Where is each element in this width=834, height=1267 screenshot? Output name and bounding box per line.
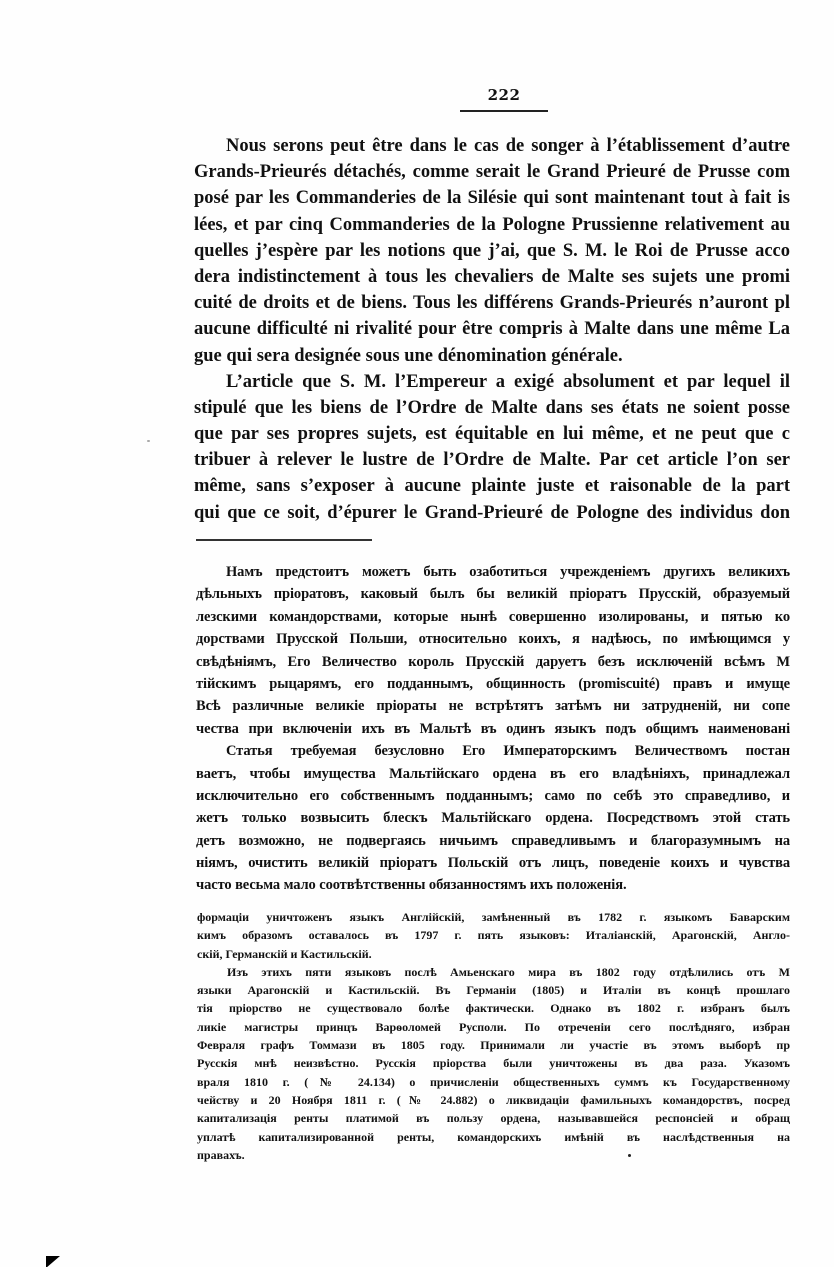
russian-line: жетъ только возвысить блескъ Мальтійскаг…	[196, 807, 790, 829]
french-text-block: Nous serons peut être dans le cas de son…	[194, 133, 790, 526]
french-line: tribuer à relever le lustre de l’Ordre d…	[194, 447, 790, 473]
french-line: Nous serons peut être dans le cas de son…	[194, 133, 790, 159]
russian-line: часто весьма мало соотвѣтственны обязанн…	[196, 874, 790, 896]
french-line: dera indistinctement à tous les chevalie…	[194, 264, 790, 290]
page-number-rule	[460, 110, 548, 112]
french-line: qui que ce soit, d’épurer le Grand-Prieu…	[194, 500, 790, 526]
page-number: 222	[460, 86, 548, 104]
scan-dot	[628, 1154, 631, 1157]
footnote-line: уплатѣ капитализированной ренты, командо…	[197, 1128, 790, 1146]
footnote-line: правахъ.	[197, 1146, 790, 1164]
footnote-block: формаціи уничтоженъ языкъ Англійскій, за…	[197, 908, 790, 1164]
russian-line: тійскимъ рыцарямъ, его подданнымъ, общин…	[196, 673, 790, 695]
scan-speck	[147, 440, 150, 442]
russian-line: Статья требуемая безусловно Его Императо…	[196, 740, 790, 762]
footnote-line: враля 1810 г. (№ 24.134) о причисленіи о…	[197, 1073, 790, 1091]
section-divider-rule	[196, 539, 372, 541]
french-line: aucune difficulté ni rivalité pour être …	[194, 316, 790, 342]
french-line: quelles j’espère par les notions que j’a…	[194, 238, 790, 264]
footnote-line: формаціи уничтоженъ языкъ Англійскій, за…	[197, 908, 790, 926]
russian-line: ніямъ, очистить великій пріоратъ Польскі…	[196, 852, 790, 874]
french-line: cuité de droits et de biens. Tous les di…	[194, 290, 790, 316]
footnote-line: кимъ образомъ оставалось въ 1797 г. пять…	[197, 926, 790, 944]
french-line: que par ses propres sujets, est équitabl…	[194, 421, 790, 447]
french-line: posé par les Commanderies de la Silésie …	[194, 185, 790, 211]
russian-line: свѣдѣніямъ, Его Величество король Прусск…	[196, 651, 790, 673]
russian-line: ваетъ, чтобы имущества Мальтійскаго орде…	[196, 763, 790, 785]
french-line: stipulé que les biens de l’Ordre de Malt…	[194, 395, 790, 421]
russian-line: дѣльныхъ пріоратовъ, каковый былъ бы вел…	[196, 583, 790, 605]
russian-line: дорствами Прусской Польши, относительно …	[196, 628, 790, 650]
french-line: Grands-Prieurés détachés, comme serait l…	[194, 159, 790, 185]
scanned-book-page: 222 Nous serons peut être dans le cas de…	[0, 0, 834, 1267]
russian-text-block: Намъ предстоитъ можетъ быть озаботиться …	[196, 561, 790, 897]
scan-corner-mark	[46, 1256, 60, 1267]
french-line: lées, et par cinq Commanderies de la Pol…	[194, 212, 790, 238]
russian-line: детъ возможно, не подвергаясь ничьимъ сп…	[196, 830, 790, 852]
russian-line: Намъ предстоитъ можетъ быть озаботиться …	[196, 561, 790, 583]
footnote-line: Февраля графъ Томмази въ 1805 году. Прин…	[197, 1036, 790, 1054]
french-line: L’article que S. M. l’Empereur a exigé a…	[194, 369, 790, 395]
footnote-line: чейству и 20 Ноября 1811 г. (№ 24.882) о…	[197, 1091, 790, 1109]
footnote-line: тія пріорство не существовало болѣе факт…	[197, 999, 790, 1017]
french-line: même, sans s’exposer à aucune plainte ju…	[194, 473, 790, 499]
footnote-line: Русскія мнѣ неизвѣстно. Русскія пріорств…	[197, 1054, 790, 1072]
russian-line: исключительно его собственнымъ подданным…	[196, 785, 790, 807]
french-line: gue qui sera designée sous une dénominat…	[194, 343, 790, 369]
russian-line: лезскими командорствами, которые нынѣ со…	[196, 606, 790, 628]
footnote-line: Изъ этихъ пяти языковъ послѣ Амьенскаго …	[197, 963, 790, 981]
footnote-line: ликіе магистры принцъ Варѳоломей Русполи…	[197, 1018, 790, 1036]
footnote-line: капитализація ренты платимой въ пользу о…	[197, 1109, 790, 1127]
footnote-line: языки Арагонскій и Кастильскій. Въ Герма…	[197, 981, 790, 999]
footnote-line: скій, Германскій и Кастильскій.	[197, 945, 790, 963]
russian-line: Всѣ различные великіе пріораты не встрѣт…	[196, 695, 790, 717]
russian-line: чества при включеніи ихъ въ Мальтѣ въ од…	[196, 718, 790, 740]
